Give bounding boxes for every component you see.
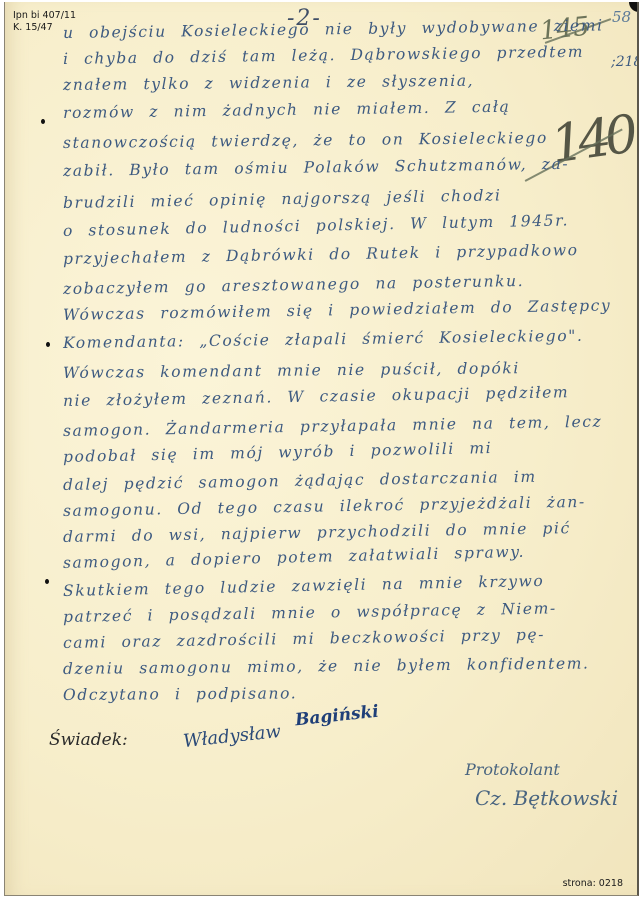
text-line: przyjechałem z Dąbrówki do Rutek i przyp… — [63, 241, 579, 268]
page-footer-label: strona: 0218 — [563, 878, 623, 889]
margin-number-58: 58 — [612, 8, 631, 26]
protokolant-signature: Cz. Bętkowski — [475, 786, 618, 810]
text-line: patrzeć i posądzali mnie o współpracę z … — [63, 599, 557, 626]
text-line: nie złożyłem zeznań. W czasie okupacji p… — [63, 383, 570, 410]
text-line: brudzili mieć opinię najgorszą jeśli cho… — [63, 186, 502, 212]
protokolant-label: Protokolant — [465, 760, 560, 779]
text-line: zobaczyłem go aresztowanego na posterunk… — [63, 272, 525, 298]
text-line: Komendanta: „Coście złapali śmierć Kosie… — [63, 327, 584, 352]
text-line: zabił. Było tam ośmiu Polaków Schutzmanó… — [63, 155, 569, 180]
text-line: Odczytano i podpisano. — [63, 684, 297, 704]
margin-number-218: ;218 — [611, 54, 639, 70]
witness-first-name-signature: Władysław — [182, 721, 282, 752]
archive-reference: Ipn bi 407/11 K. 15/47 — [13, 10, 76, 34]
text-line: samogon. Żandarmeria przyłapała mnie na … — [63, 413, 603, 440]
witness-surname-signature: Bagiński — [294, 702, 380, 731]
document-page: Ipn bi 407/11 K. 15/47 -2- 145 58 ;218 1… — [4, 2, 639, 896]
handwritten-text: -2- 145 58 ;218 140 u obejściu Kosieleck… — [5, 2, 637, 895]
text-line: dalej pędzić samogon żądając dostarczani… — [63, 468, 537, 494]
witness-label: Świadek: — [49, 730, 128, 750]
archive-signature: Ipn bi 407/11 — [13, 10, 76, 22]
text-line: Wówczas rozmówiłem się i powiedziałem do… — [63, 296, 612, 324]
text-line: podobał się im mój wyrób i pozwolili mi — [63, 439, 493, 466]
text-line: stanowczością twierdzę, że to on Kosiele… — [63, 129, 548, 152]
text-line: rozmów z nim żadnych nie miałem. Z całą — [63, 98, 511, 122]
archive-card-number: K. 15/47 — [13, 22, 76, 34]
text-line: samogon, a dopiero potem załatwiali spra… — [63, 543, 525, 572]
text-line: o stosunek do ludności polskiej. W lutym… — [63, 211, 569, 240]
text-line: cami oraz zazdrościli mi beczkowości prz… — [63, 626, 545, 652]
text-line: znałem tylko z widzenia i ze słyszenia, — [63, 72, 474, 94]
text-line: dzeniu samogonu mimo, że nie byłem konfi… — [63, 654, 590, 678]
text-line: darmi do wsi, najpierw przychodzili do m… — [63, 519, 571, 546]
text-line: i chyba do dziś tam leżą. Dąbrowskiego p… — [63, 43, 584, 68]
text-line: Skutkiem tego ludzie zawzięli na mnie kr… — [63, 572, 545, 600]
text-line: Wówczas komendant mnie nie puścił, dopók… — [63, 359, 520, 382]
text-line: samogonu. Od tego czasu ilekroć przyjeżd… — [63, 493, 586, 520]
text-line: u obejściu Kosieleckiego nie były wydoby… — [63, 16, 604, 42]
